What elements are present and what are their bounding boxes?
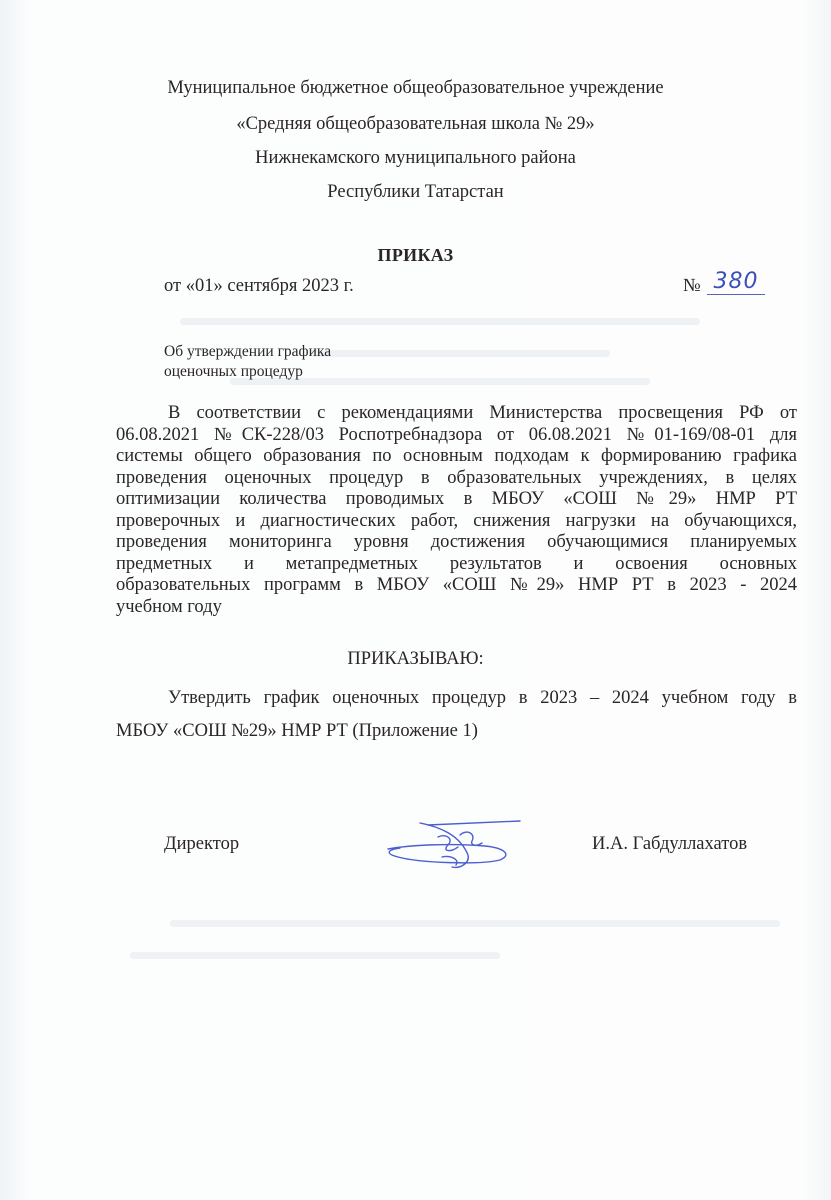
document-page: Муниципальное бюджетное общеобразователь… bbox=[0, 0, 831, 1200]
order-date: от «01» сентября 2023 г. bbox=[164, 276, 354, 297]
preamble-line: предметных и метапредметных результатов … bbox=[116, 554, 797, 576]
preamble-line: проверочных и диагностических работ, сни… bbox=[116, 511, 797, 533]
subject-line: Об утверждении графика bbox=[164, 342, 331, 362]
preamble-line: оптимизации количества проводимых в МБОУ… bbox=[116, 489, 797, 511]
header-school-name: «Средняя общеобразовательная школа № 29» bbox=[0, 114, 831, 135]
bleed-through-mark bbox=[180, 318, 700, 325]
order-number-handwritten: 380 bbox=[707, 270, 765, 295]
bleed-through-mark bbox=[130, 952, 500, 959]
order-number-label: № bbox=[683, 276, 701, 297]
bleed-through-mark bbox=[170, 920, 780, 927]
header-institution-line: Муниципальное бюджетное общеобразователь… bbox=[0, 78, 831, 99]
preamble-line: учебном году bbox=[116, 597, 797, 619]
handwritten-signature-icon bbox=[380, 815, 540, 875]
order-subject: Об утверждении графика оценочных процеду… bbox=[164, 342, 331, 382]
signer-name: И.А. Габдуллахатов bbox=[592, 834, 747, 855]
directive-line: МБОУ «СОШ №29» НМР РТ (Приложение 1) bbox=[116, 715, 797, 748]
directive-line: Утвердить график оценочных процедур в 20… bbox=[116, 682, 797, 715]
preamble-line: проведения оценочных процедур в образова… bbox=[116, 468, 797, 490]
preamble-line: проведения мониторинга уровня достижения… bbox=[116, 532, 797, 554]
bleed-through-mark bbox=[310, 350, 610, 357]
directive-paragraph: Утвердить график оценочных процедур в 20… bbox=[116, 682, 797, 748]
preamble-line: В соответствии с рекомендациями Министер… bbox=[116, 403, 797, 425]
header-district: Нижнекамского муниципального района bbox=[0, 148, 831, 169]
directive-heading: ПРИКАЗЫВАЮ: bbox=[0, 649, 831, 670]
header-republic: Республики Татарстан bbox=[0, 182, 831, 203]
signer-position: Директор bbox=[164, 834, 239, 855]
document-title: ПРИКАЗ bbox=[0, 245, 831, 266]
preamble-line: 06.08.2021 №СК-228/03 Роспотребнадзора о… bbox=[116, 425, 797, 447]
subject-line: оценочных процедур bbox=[164, 362, 331, 382]
preamble-line: образовательных программ в МБОУ «СОШ №29… bbox=[116, 575, 797, 597]
preamble-line: системы общего образования по основным п… bbox=[116, 446, 797, 468]
preamble-paragraph: В соответствии с рекомендациями Министер… bbox=[116, 403, 797, 618]
